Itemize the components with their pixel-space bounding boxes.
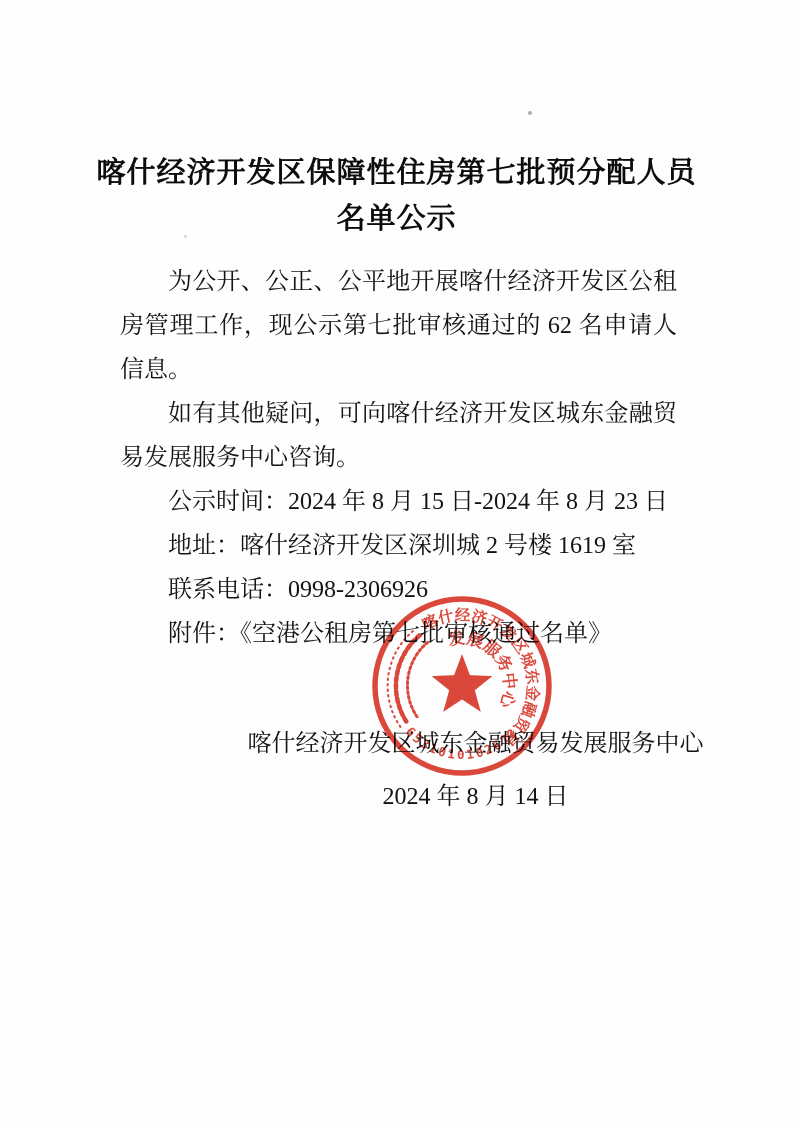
document-page: 喀什经济开发区保障性住房第七批预分配人员 名单公示 为公开、公正、公平地开展喀什… (0, 0, 793, 1122)
phone-line: 联系电话：0998-2306926 (120, 568, 677, 612)
address-line: 地址：喀什经济开发区深圳城 2 号楼 1619 室 (120, 524, 677, 568)
document-title: 喀什经济开发区保障性住房第七批预分配人员 名单公示 (0, 0, 793, 242)
issue-date: 2024 年 8 月 14 日 (197, 775, 754, 819)
scan-artifact-dot (184, 235, 187, 238)
scan-artifact-dot (528, 111, 532, 115)
issuing-organization: 喀什经济开发区城东金融贸易发展服务中心 (197, 722, 754, 766)
title-line-2: 名单公示 (0, 196, 793, 242)
signature-block: 喀什经济开发区城东金融贸易发展服务中心 2024 年 8 月 14 日 (197, 722, 754, 819)
paragraph-contact-note: 如有其他疑问，可向喀什经济开发区城东金融贸易发展服务中心咨询。 (120, 392, 677, 480)
publicity-period-line: 公示时间：2024 年 8 月 15 日-2024 年 8 月 23 日 (120, 480, 677, 524)
paragraph-intro: 为公开、公正、公平地开展喀什经济开发区公租房管理工作，现公示第七批审核通过的 6… (120, 260, 677, 392)
document-body: 为公开、公正、公平地开展喀什经济开发区公租房管理工作，现公示第七批审核通过的 6… (0, 260, 793, 819)
attachment-line: 附件：《空港公租房第七批审核通过名单》 (120, 612, 677, 656)
title-line-1: 喀什经济开发区保障性住房第七批预分配人员 (0, 150, 793, 196)
